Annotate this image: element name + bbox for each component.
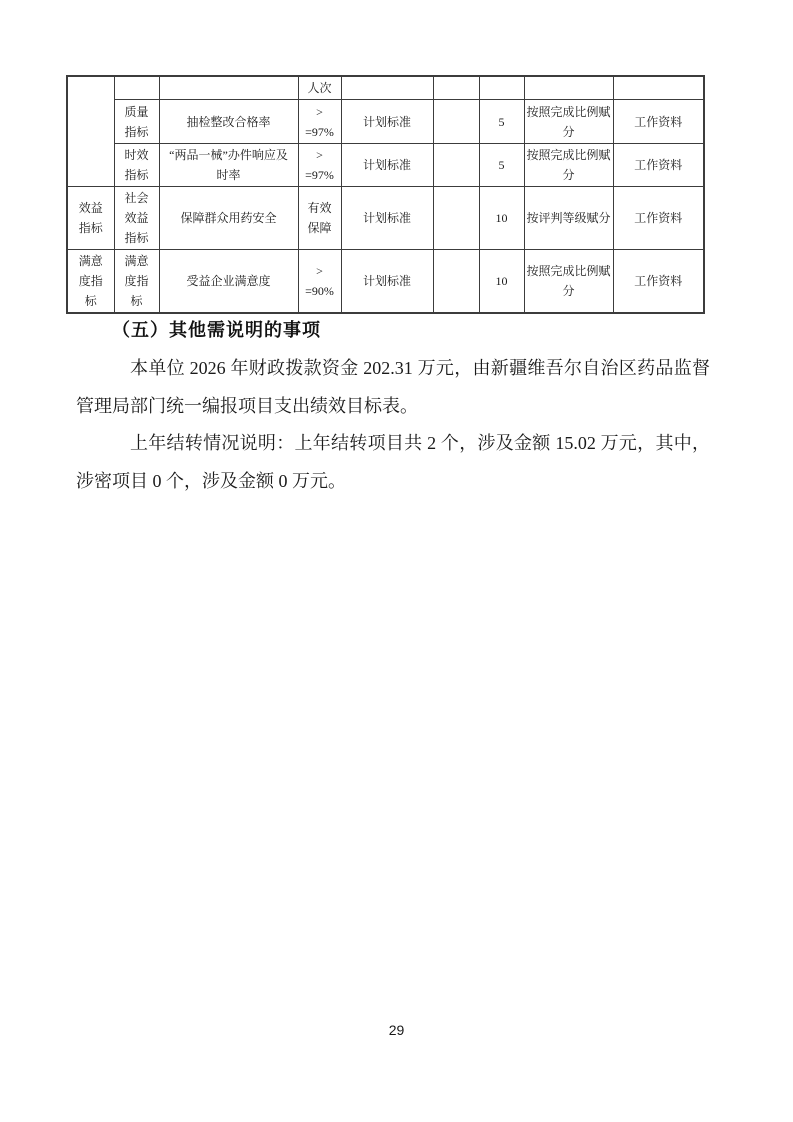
page-number: 29 [0, 1022, 793, 1038]
cell-subcategory: 质量 指标 [114, 100, 159, 144]
cell-empty [433, 250, 479, 314]
cell-target-value: > =90% [298, 250, 341, 314]
cell-data-source: 工作资料 [613, 187, 704, 250]
cell-indicator-name [159, 76, 298, 100]
cell-empty [433, 76, 479, 100]
cell-target-value: > =97% [298, 144, 341, 187]
cell-score [479, 76, 524, 100]
document-page: 人次 质量 指标 抽检整改合格率 > =97% 计划标准 5 按照完成比例赋 分… [0, 0, 793, 1122]
cell-standard: 计划标准 [341, 100, 433, 144]
cell-standard: 计划标准 [341, 250, 433, 314]
cell-score: 10 [479, 250, 524, 314]
cell-category: 满意 度指 标 [67, 250, 114, 314]
cell-target-value: 有效 保障 [298, 187, 341, 250]
paragraph-budget-note: 本单位 2026 年财政拨款资金 202.31 万元，由新疆维吾尔自治区药品监督… [76, 350, 710, 425]
cell-scoring-method: 按照完成比例赋 分 [524, 144, 613, 187]
cell-category: 效益 指标 [67, 187, 114, 250]
cell-subcategory [114, 76, 159, 100]
cell-empty [433, 144, 479, 187]
cell-score: 5 [479, 100, 524, 144]
table-row: 时效 指标 “两品一械”办件响应及 时率 > =97% 计划标准 5 按照完成比… [67, 144, 704, 187]
cell-indicator-name: 受益企业满意度 [159, 250, 298, 314]
cell-indicator-name: “两品一械”办件响应及 时率 [159, 144, 298, 187]
cell-category [67, 76, 114, 187]
cell-scoring-method: 按照完成比例赋 分 [524, 250, 613, 314]
cell-indicator-name: 保障群众用药安全 [159, 187, 298, 250]
table-row: 效益 指标 社会 效益 指标 保障群众用药安全 有效 保障 计划标准 10 按评… [67, 187, 704, 250]
table-row: 质量 指标 抽检整改合格率 > =97% 计划标准 5 按照完成比例赋 分 工作… [67, 100, 704, 144]
table-row: 满意 度指 标 满意 度指 标 受益企业满意度 > =90% 计划标准 10 按… [67, 250, 704, 314]
cell-subcategory: 时效 指标 [114, 144, 159, 187]
cell-empty [433, 187, 479, 250]
cell-data-source: 工作资料 [613, 100, 704, 144]
table-row: 人次 [67, 76, 704, 100]
cell-scoring-method [524, 76, 613, 100]
cell-data-source: 工作资料 [613, 144, 704, 187]
section-other-notes: （五）其他需说明的事项 本单位 2026 年财政拨款资金 202.31 万元，由… [76, 310, 710, 500]
cell-target-value: 人次 [298, 76, 341, 100]
performance-indicators-table: 人次 质量 指标 抽检整改合格率 > =97% 计划标准 5 按照完成比例赋 分… [66, 75, 705, 314]
cell-standard: 计划标准 [341, 144, 433, 187]
cell-target-value: > =97% [298, 100, 341, 144]
cell-score: 10 [479, 187, 524, 250]
cell-subcategory: 满意 度指 标 [114, 250, 159, 314]
paragraph-carryover-note: 上年结转情况说明：上年结转项目共 2 个，涉及金额 15.02 万元，其中，涉密… [76, 425, 710, 500]
cell-scoring-method: 按评判等级赋分 [524, 187, 613, 250]
cell-data-source [613, 76, 704, 100]
cell-standard [341, 76, 433, 100]
cell-scoring-method: 按照完成比例赋 分 [524, 100, 613, 144]
cell-data-source: 工作资料 [613, 250, 704, 314]
cell-subcategory: 社会 效益 指标 [114, 187, 159, 250]
section-heading: （五）其他需说明的事项 [76, 310, 710, 350]
cell-indicator-name: 抽检整改合格率 [159, 100, 298, 144]
cell-score: 5 [479, 144, 524, 187]
cell-empty [433, 100, 479, 144]
cell-standard: 计划标准 [341, 187, 433, 250]
